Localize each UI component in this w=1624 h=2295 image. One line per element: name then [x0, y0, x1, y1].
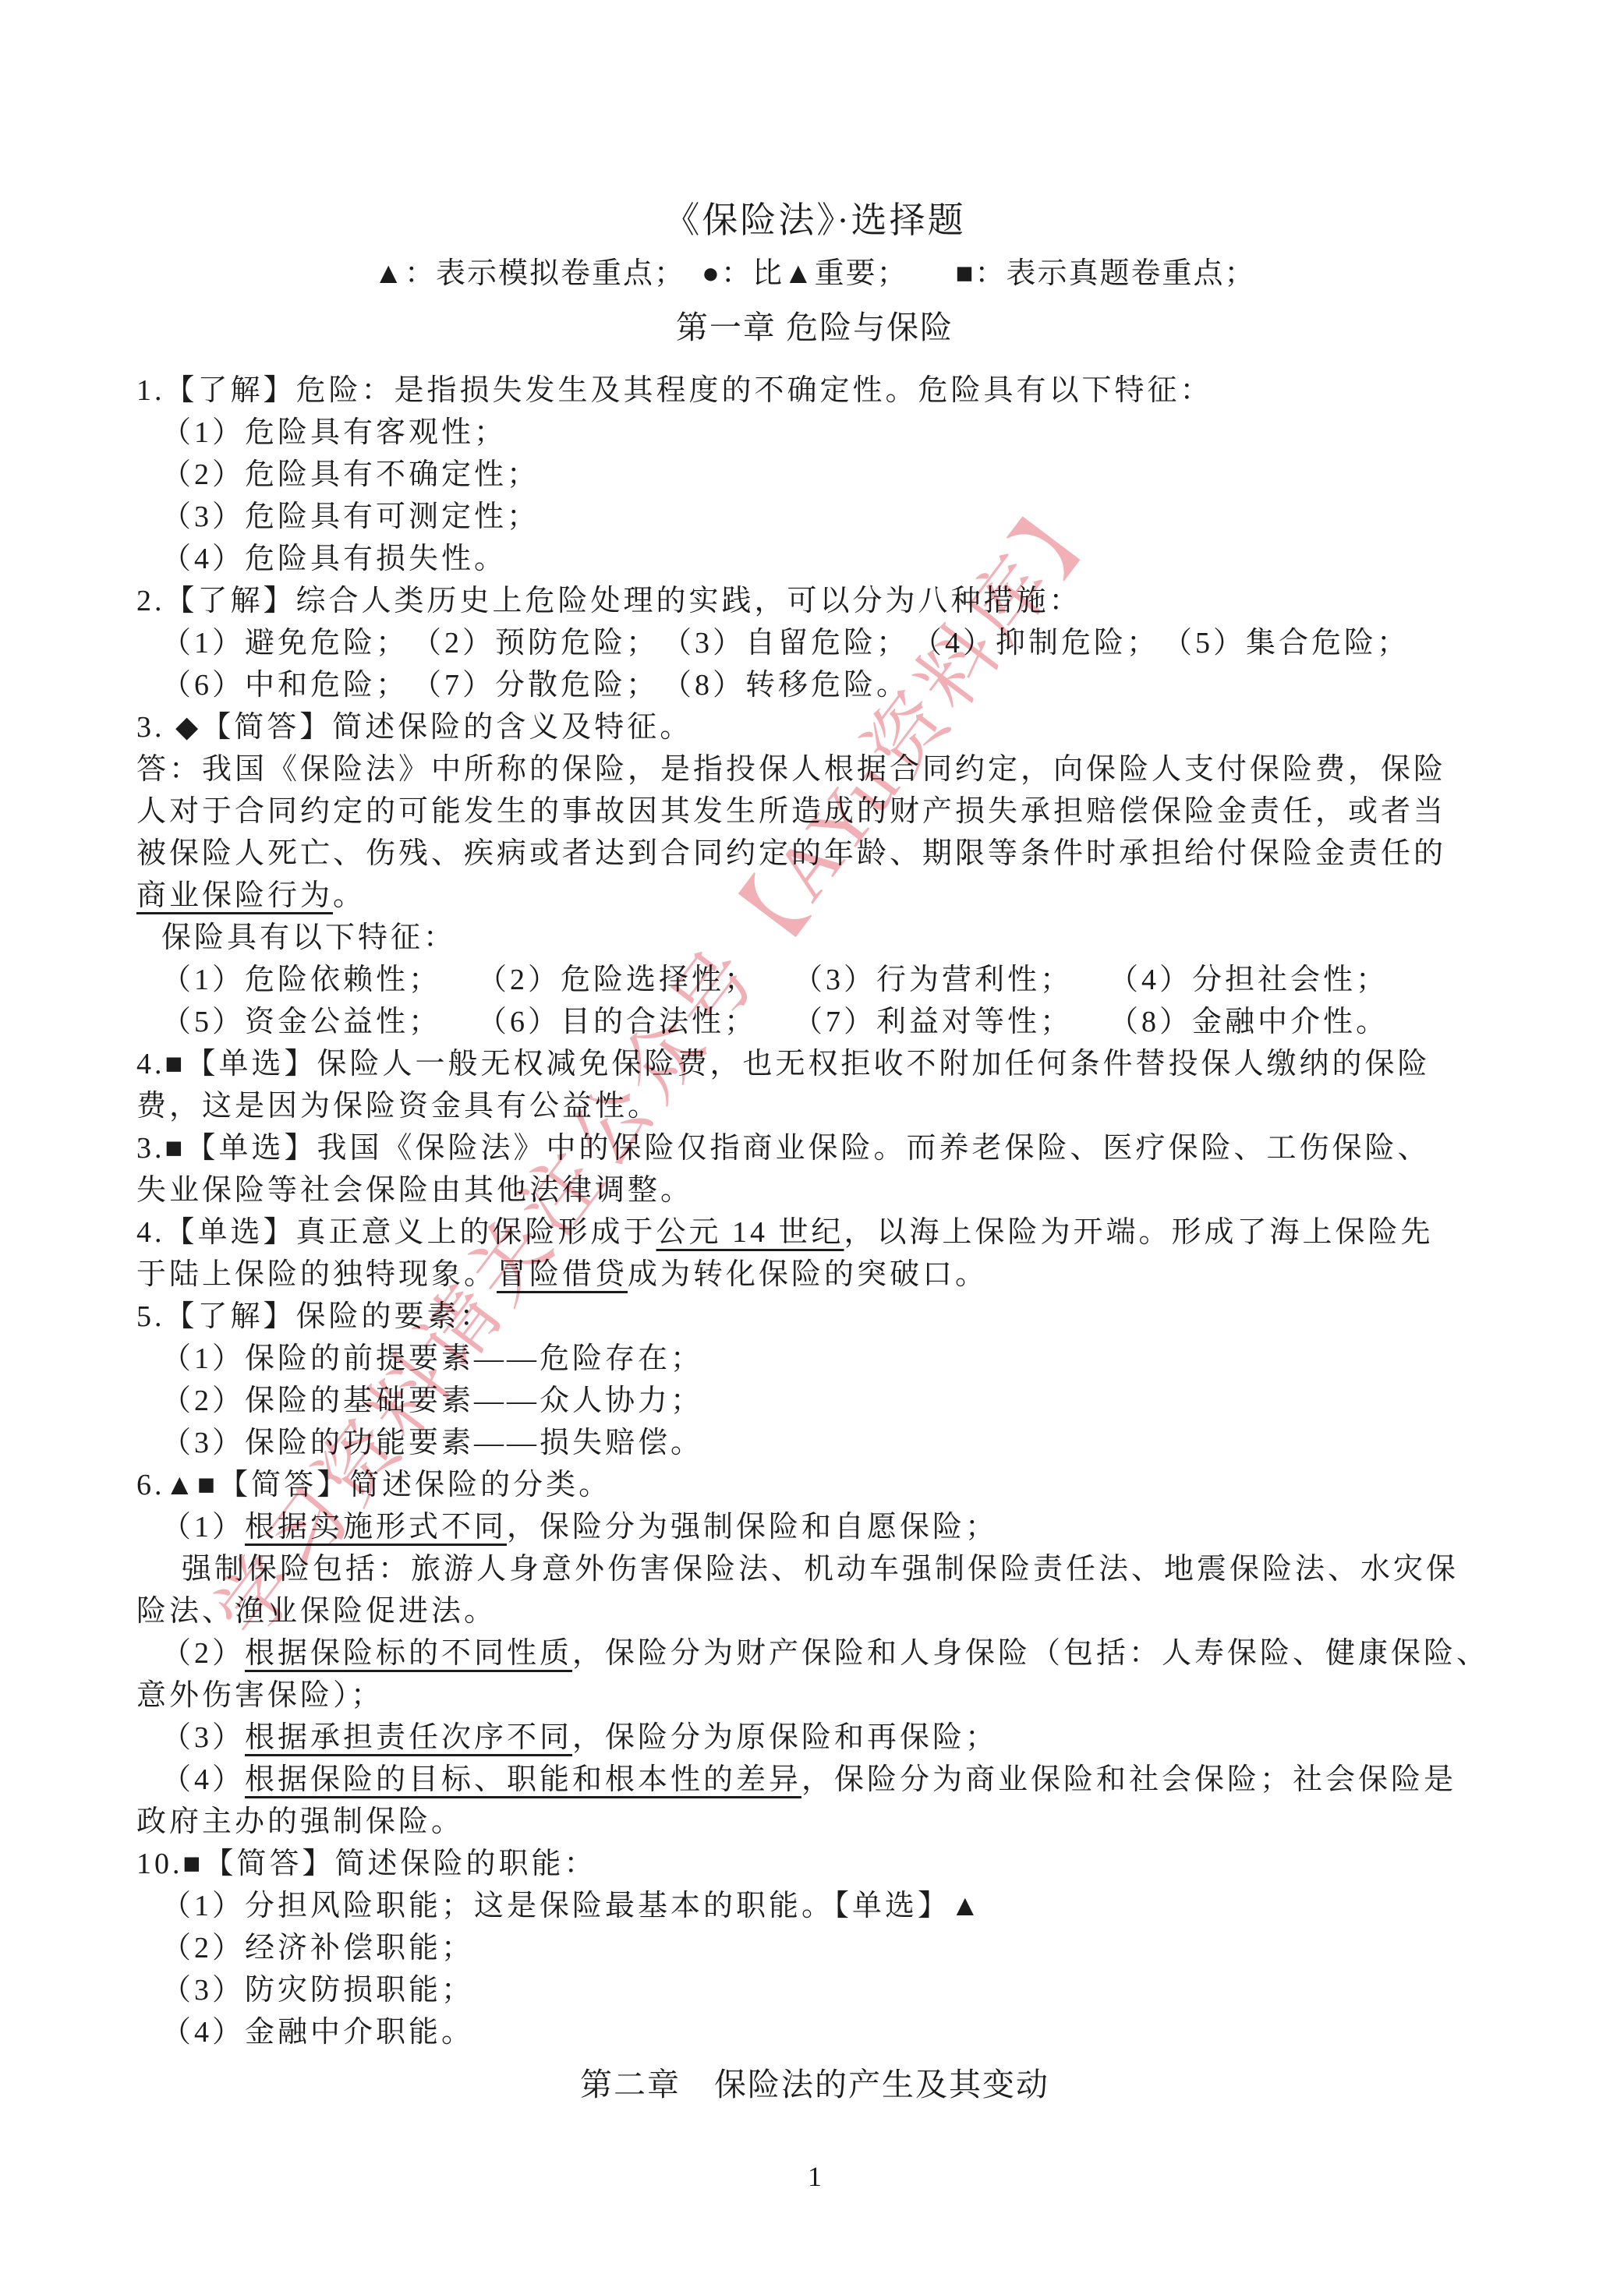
text-segment: 失业保险等社会保险由其他法律调整。: [136, 1174, 693, 1207]
text-line: 人对于合同约定的可能发生的事故因其发生所造成的财产损失承担赔偿保险金责任，或者当: [136, 790, 1493, 833]
text-line: 1.【了解】危险：是指损失发生及其程度的不确定性。危险具有以下特征：: [136, 370, 1493, 412]
text-segment: （3）防灾防损职能；: [161, 1974, 474, 2007]
text-segment: 意外伤害保险）；: [136, 1679, 384, 1712]
text-segment: 5.【了解】保险的要素：: [136, 1300, 493, 1333]
underlined-text: 根据承担责任次序不同: [245, 1721, 572, 1754]
text-line: （4）金融中介职能。: [136, 2011, 1493, 2053]
text-line: 3. ◆【简答】简述保险的含义及特征。: [136, 706, 1493, 748]
text-line: 意外伤害保险）；: [136, 1674, 1493, 1717]
text-line: （4）根据保险的目标、职能和根本性的差异，保险分为商业保险和社会保险；社会保险是: [136, 1759, 1493, 1801]
body-text: 1.【了解】危险：是指损失发生及其程度的不确定性。危险具有以下特征：（1）危险具…: [136, 370, 1493, 2053]
text-segment: 2.【了解】综合人类历史上危险处理的实践，可以分为八种措施：: [136, 585, 1082, 617]
text-segment: 6.▲■【简答】简述保险的分类。: [136, 1469, 611, 1501]
text-segment: （4）危险具有损失性。: [161, 543, 507, 575]
text-segment: 保险具有以下特征：: [161, 921, 456, 954]
text-segment: 成为转化保险的突破口。: [628, 1258, 988, 1291]
chapter1-heading: 第一章 危险与保险: [136, 302, 1493, 352]
underlined-text: 根据实施形式不同: [245, 1511, 507, 1544]
text-line: （4）危险具有损失性。: [136, 538, 1493, 580]
text-line: （3）根据承担责任次序不同，保险分为原保险和再保险；: [136, 1717, 1493, 1759]
text-segment: （2）危险具有不确定性；: [161, 458, 540, 491]
text-segment: 1.【了解】危险：是指损失发生及其程度的不确定性。危险具有以下特征：: [136, 374, 1213, 407]
text-segment: （1）保险的前提要素——危险存在；: [161, 1342, 703, 1375]
chapter2-heading: 第二章 保险法的产生及其变动: [136, 2060, 1493, 2109]
text-line: （1）根据实施形式不同，保险分为强制保险和自愿保险；: [136, 1506, 1493, 1548]
text-line: 费，这是因为保险资金具有公益性。: [136, 1085, 1493, 1127]
text-line: 3.■【单选】我国《保险法》中的保险仅指商业保险。而养老保险、医疗保险、工伤保险…: [136, 1127, 1493, 1169]
text-segment: （1）危险依赖性； （2）危险选择性； （3）行为营利性； （4）分担社会性；: [161, 964, 1389, 996]
text-line: （1）危险具有客观性；: [136, 412, 1493, 454]
underlined-text: 根据保险的目标、职能和根本性的差异: [245, 1763, 801, 1796]
text-line: 6.▲■【简答】简述保险的分类。: [136, 1464, 1493, 1506]
text-segment: 答：我国《保险法》中所称的保险，是指投保人根据合同约定，向保险人支付保险费，保险: [136, 753, 1446, 786]
text-line: 政府主办的强制保险。: [136, 1801, 1493, 1843]
text-line: 4.■【单选】保险人一般无权减免保险费，也无权拒收不附加任何条件替投保人缴纳的保…: [136, 1043, 1493, 1085]
text-segment: （5）资金公益性； （6）目的合法性； （7）利益对等性； （8）金融中介性。: [161, 1006, 1389, 1038]
text-line: 保险具有以下特征：: [136, 917, 1493, 959]
text-line: 强制保险包括：旅游人身意外伤害保险法、机动车强制保险责任法、地震保险法、水灾保: [136, 1548, 1493, 1590]
underlined-text: 商业保险行为: [136, 879, 333, 912]
text-segment: ，保险分为原保险和再保险；: [572, 1721, 998, 1754]
text-segment: ，保险分为强制保险和自愿保险；: [507, 1511, 998, 1544]
text-line: （1）危险依赖性； （2）危险选择性； （3）行为营利性； （4）分担社会性；: [136, 959, 1493, 1001]
text-line: （6）中和危险； （7）分散危险； （8）转移危险。: [136, 664, 1493, 706]
text-segment: （3）保险的功能要素——损失赔偿。: [161, 1427, 703, 1459]
text-segment: （3）: [161, 1721, 245, 1754]
text-line: （1）避免危险； （2）预防危险； （3）自留危险； （4）抑制危险； （5）集…: [136, 622, 1493, 664]
text-segment: （1）: [161, 1511, 245, 1544]
text-segment: 4.■【单选】保险人一般无权减免保险费，也无权拒收不附加任何条件替投保人缴纳的保…: [136, 1048, 1430, 1080]
text-line: （1）保险的前提要素——危险存在；: [136, 1338, 1493, 1380]
text-line: 险法、渔业保险促进法。: [136, 1590, 1493, 1632]
text-line: （3）保险的功能要素——损失赔偿。: [136, 1422, 1493, 1464]
text-segment: （1）危险具有客观性；: [161, 416, 507, 449]
legend-line: ▲：表示模拟卷重点； ●：比▲重要； ■：表示真题卷重点；: [136, 245, 1493, 302]
text-segment: 险法、渔业保险促进法。: [136, 1595, 497, 1628]
page-content: 《保险法》·选择题 ▲：表示模拟卷重点； ●：比▲重要； ■：表示真题卷重点； …: [136, 196, 1493, 2192]
text-segment: 4.【单选】真正意义上的保险形成于: [136, 1216, 656, 1249]
text-line: （5）资金公益性； （6）目的合法性； （7）利益对等性； （8）金融中介性。: [136, 1001, 1493, 1043]
text-line: 商业保险行为。: [136, 875, 1493, 917]
text-segment: （2）经济补偿职能；: [161, 1932, 474, 1964]
text-line: 10.■【简答】简述保险的职能：: [136, 1843, 1493, 1885]
text-line: 2.【了解】综合人类历史上危险处理的实践，可以分为八种措施：: [136, 580, 1493, 622]
text-segment: 费，这是因为保险资金具有公益性。: [136, 1090, 660, 1123]
page-number: 1: [136, 2161, 1493, 2192]
text-line: （3）防灾防损职能；: [136, 1969, 1493, 2011]
text-line: （2）危险具有不确定性；: [136, 454, 1493, 496]
text-line: 4.【单选】真正意义上的保险形成于公元 14 世纪，以海上保险为开端。形成了海上…: [136, 1211, 1493, 1254]
text-segment: （2）保险的基础要素——众人协力；: [161, 1384, 703, 1417]
document-page: 《保险法》·选择题 ▲：表示模拟卷重点； ●：比▲重要； ■：表示真题卷重点； …: [0, 0, 1624, 2295]
text-segment: ，保险分为商业保险和社会保险；社会保险是: [801, 1763, 1456, 1796]
underlined-text: 公元 14 世纪: [656, 1216, 844, 1249]
text-line: 于陆上保险的独特现象。冒险借贷成为转化保险的突破口。: [136, 1254, 1493, 1296]
text-line: 5.【了解】保险的要素：: [136, 1296, 1493, 1338]
text-segment: 3.■【单选】我国《保险法》中的保险仅指商业保险。而养老保险、医疗保险、工伤保险…: [136, 1132, 1430, 1165]
text-segment: （6）中和危险； （7）分散危险； （8）转移危险。: [161, 669, 909, 702]
text-line: 被保险人死亡、伤残、疾病或者达到合同约定的年龄、期限等条件时承担给付保险金责任的: [136, 833, 1493, 875]
text-segment: （1）避免危险； （2）预防危险； （3）自留危险； （4）抑制危险； （5）集…: [161, 627, 1410, 660]
text-line: （2）根据保险标的不同性质，保险分为财产保险和人身保险（包括：人寿保险、健康保险…: [136, 1632, 1493, 1674]
text-segment: 3. ◆【简答】简述保险的含义及特征。: [136, 711, 692, 744]
text-segment: （2）: [161, 1637, 245, 1670]
text-line: 答：我国《保险法》中所称的保险，是指投保人根据合同约定，向保险人支付保险费，保险: [136, 748, 1493, 790]
underlined-text: 冒险借贷: [497, 1258, 628, 1291]
text-segment: （3）危险具有可测定性；: [161, 500, 540, 533]
text-segment: （4）金融中介职能。: [161, 2016, 474, 2049]
text-segment: 。: [333, 879, 366, 912]
text-segment: 于陆上保险的独特现象。: [136, 1258, 497, 1291]
text-line: （2）保险的基础要素——众人协力；: [136, 1380, 1493, 1422]
text-segment: 被保险人死亡、伤残、疾病或者达到合同约定的年龄、期限等条件时承担给付保险金责任的: [136, 837, 1446, 870]
text-segment: （4）: [161, 1763, 245, 1796]
text-segment: 10.■【简答】简述保险的职能：: [136, 1848, 596, 1880]
text-line: （2）经济补偿职能；: [136, 1927, 1493, 1969]
document-title: 《保险法》·选择题: [136, 196, 1493, 245]
underlined-text: 根据保险标的不同性质: [245, 1637, 572, 1670]
text-segment: 政府主办的强制保险。: [136, 1805, 464, 1838]
text-line: （1）分担风险职能；这是保险最基本的职能。【单选】▲: [136, 1885, 1493, 1927]
text-segment: 强制保险包括：旅游人身意外伤害保险法、机动车强制保险责任法、地震保险法、水灾保: [182, 1553, 1459, 1586]
text-line: （3）危险具有可测定性；: [136, 496, 1493, 538]
text-segment: （1）分担风险职能；这是保险最基本的职能。【单选】▲: [161, 1890, 983, 1922]
text-segment: 人对于合同约定的可能发生的事故因其发生所造成的财产损失承担赔偿保险金责任，或者当: [136, 795, 1446, 828]
text-segment: ，保险分为财产保险和人身保险（包括：人寿保险、健康保险、: [572, 1637, 1489, 1670]
text-segment: ，以海上保险为开端。形成了海上保险先: [844, 1216, 1434, 1249]
text-line: 失业保险等社会保险由其他法律调整。: [136, 1169, 1493, 1211]
